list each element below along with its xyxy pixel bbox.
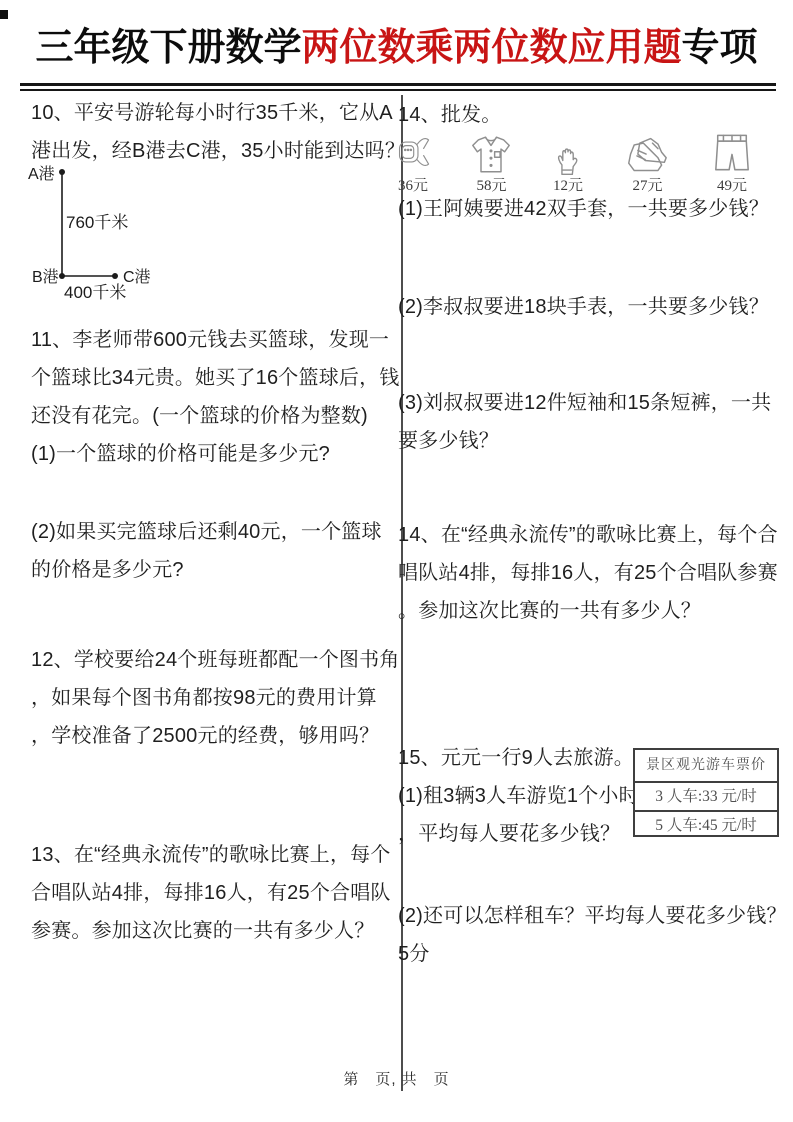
text-line: (1)一个篮球的价格可能是多少元? [31,435,400,473]
ports-route-diagram: A港 B港 C港 760千米 400千米 [26,160,201,308]
text-line: 5分 [398,935,430,973]
price-table-title: 景区观光游车票价 [635,750,777,783]
text-line: (2)如果买完篮球后还剩40元，一个篮球 [31,513,382,551]
text-line: ，学校准备了2500元的经费，够用吗？ [31,717,400,755]
item-watch: 36元 [396,128,430,194]
problem-15-score-note: 5分 [398,935,430,973]
text-line: (1)租3辆3人车游览1个小时 [398,777,639,815]
text-line: (2)还可以怎样租车？平均每人要花多少钱？ [398,897,787,935]
watch-icon [396,128,430,176]
wholesale-question-2: (2)李叔叔要进18块手表，一共要多少钱？ [398,288,769,326]
text-line: ，如果每个图书角都按98元的费用计算 [31,679,400,717]
port-c-dot [112,273,118,279]
text-line: 13、在“经典永流传”的歌咏比赛上，每个 [31,836,391,874]
distance-bc-label: 400千米 [64,283,126,302]
text-line: (1)王阿姨要进42双手套，一共要多少钱？ [398,190,769,228]
port-a-label: A港 [28,165,55,183]
text-line: 15、元元一行9人去旅游。 [398,739,639,777]
item-shirt: 58元 [471,133,511,194]
item-glove: 12元 [553,145,583,194]
problem-13-text: 13、在“经典永流传”的歌咏比赛上，每个 合唱队站4排，每排16人，有25个合唱… [31,836,391,950]
distance-ab-label: 760千米 [66,213,128,232]
problem-14-chorus-text: 14、在“经典永流传”的歌咏比赛上，每个合 唱队站4排，每排16人，有25个合唱… [398,516,778,630]
problem-11-text: 11、李老师带600元钱去买篮球，发现一 个篮球比34元贵。她买了16个篮球后，… [31,321,400,473]
port-a-dot [59,169,65,175]
page-title-left: 三年级下册数学 [35,27,301,69]
text-line: 。参加这次比赛的一共有多少人？ [398,592,778,630]
wholesale-items-row: 36元 58元 12元 [396,124,752,194]
text-line: 还没有花完。(一个篮球的价格为整数) [31,397,400,435]
text-line: 要多少钱？ [398,422,771,460]
text-line: 12、学校要给24个班每班都配一个图书角 [31,641,400,679]
worksheet-page: 三年级下册数学两位数乘两位数应用题专项 10、平安号游轮每小时行35千米，它从A… [0,0,793,1122]
shorts-icon [712,131,752,176]
price-table-row-3seat: 3 人车:33 元/时 [635,783,777,812]
wholesale-question-1: (1)王阿姨要进42双手套，一共要多少钱？ [398,190,769,228]
text-line: (3)刘叔叔要进12件短袖和15条短裤，一共 [398,384,771,422]
problem-12-text: 12、学校要给24个班每班都配一个图书角 ，如果每个图书角都按98元的费用计算 … [31,641,400,755]
problem-15-text: 15、元元一行9人去旅游。 (1)租3辆3人车游览1个小时 ，平均每人要花多少钱… [398,739,639,853]
port-b-dot [59,273,65,279]
shirt-icon [471,133,511,176]
text-line: 的价格是多少元? [31,551,382,589]
problem-15-question-2: (2)还可以怎样租车？平均每人要花多少钱？ [398,897,787,935]
page-title-highlight: 两位数乘两位数应用题 [301,27,681,69]
text-line: 个篮球比34元贵。她买了16个篮球后，钱 [31,359,400,397]
item-shorts: 49元 [712,131,752,194]
cart-price-table: 景区观光游车票价 3 人车:33 元/时 5 人车:45 元/时 [633,748,779,837]
text-line: 10、平安号游轮每小时行35千米，它从A [31,94,405,132]
text-line: 11、李老师带600元钱去买篮球，发现一 [31,321,400,359]
glove-icon [555,145,581,176]
sneakers-icon [624,134,670,176]
port-b-label: B港 [32,268,59,286]
port-c-label: C港 [123,268,151,286]
text-line: ，平均每人要花多少钱？ [398,815,639,853]
page-footer: 第 页, 共 页 [0,1068,793,1089]
title-divider-rule [20,83,776,91]
text-line: 14、在“经典永流传”的歌咏比赛上，每个合 [398,516,778,554]
item-sneakers: 27元 [624,134,670,194]
page-title: 三年级下册数学两位数乘两位数应用题专项 [0,16,793,71]
text-line: (2)李叔叔要进18块手表，一共要多少钱？ [398,288,769,326]
price-table-row-5seat: 5 人车:45 元/时 [635,812,777,839]
text-line: 合唱队站4排，每排16人，有25个合唱队 [31,874,391,912]
page-title-right: 专项 [682,27,758,69]
problem-10-text: 10、平安号游轮每小时行35千米，它从A 港出发，经B港去C港，35小时能到达吗… [31,94,405,170]
text-line: 参赛。参加这次比赛的一共有多少人？ [31,912,391,950]
text-line: 唱队站4排，每排16人，有25个合唱队参赛 [398,554,778,592]
wholesale-question-3: (3)刘叔叔要进12件短袖和15条短裤，一共 要多少钱？ [398,384,771,460]
problem-11-question-2: (2)如果买完篮球后还剩40元，一个篮球 的价格是多少元? [31,513,382,589]
